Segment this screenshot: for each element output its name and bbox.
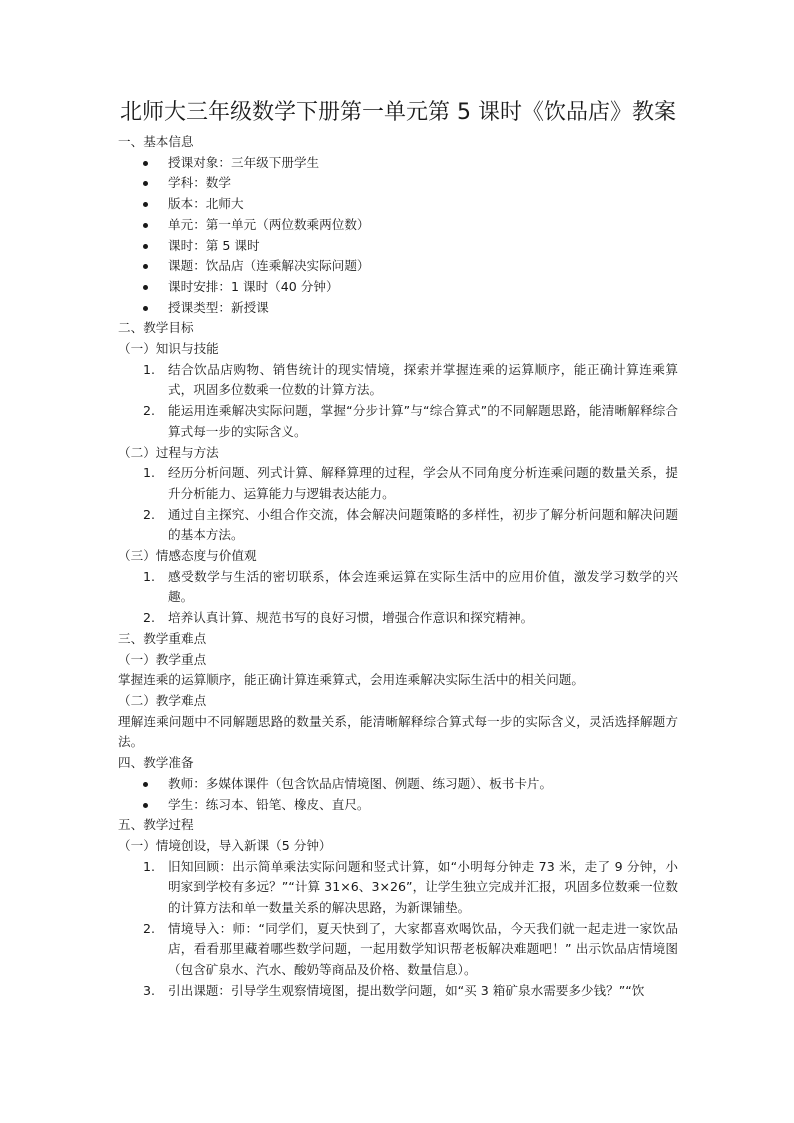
list-item: 授课对象：三年级下册学生	[118, 153, 678, 174]
list-item: 学科：数学	[118, 173, 678, 194]
section-heading-objectives: 二、教学目标	[118, 318, 678, 339]
list-item: 版本：北师大	[118, 194, 678, 215]
bullet-icon	[143, 782, 148, 787]
bullet-icon	[143, 223, 148, 228]
list-item: 1.结合饮品店购物、销售统计的现实情境，探索并掌握连乘的运算顺序，能正确计算连乘…	[118, 360, 678, 401]
bullet-icon	[143, 264, 148, 269]
bullet-icon	[143, 306, 148, 311]
list-item: 单元：第一单元（两位数乘两位数）	[118, 215, 678, 236]
document-page: 北师大三年级数学下册第一单元第 5 课时《饮品店》教案 一、基本信息 授课对象：…	[118, 96, 678, 1002]
knowledge-skills-list: 1.结合饮品店购物、销售统计的现实情境，探索并掌握连乘的运算顺序，能正确计算连乘…	[118, 360, 678, 443]
list-item: 学生：练习本、铅笔、橡皮、直尺。	[118, 795, 678, 816]
subheading-difficult-points: （二）教学难点	[118, 691, 678, 712]
list-item: 2.通过自主探究、小组合作交流，体会解决问题策略的多样性，初步了解分析问题和解决…	[118, 505, 678, 546]
list-item: 1.经历分析问题、列式计算、解释算理的过程，学会从不同角度分析连乘问题的数量关系…	[118, 463, 678, 504]
bullet-icon	[143, 202, 148, 207]
bullet-icon	[143, 285, 148, 290]
introduction-steps-list: 1.旧知回顾：出示简单乘法实际问题和竖式计算，如“小明每分钟走 73 米，走了 …	[118, 857, 678, 1002]
list-item: 教师：多媒体课件（包含饮品店情境图、例题、练习题）、板书卡片。	[118, 774, 678, 795]
bullet-icon	[143, 803, 148, 808]
attitude-values-list: 1.感受数学与生活的密切联系，体会连乘运算在实际生活中的应用价值，激发学习数学的…	[118, 567, 678, 629]
list-item: 2.情境导入：师：“同学们，夏天快到了，大家都喜欢喝饮品，今天我们就一起走进一家…	[118, 919, 678, 981]
page-title: 北师大三年级数学下册第一单元第 5 课时《饮品店》教案	[118, 96, 678, 130]
subheading-key-points: （一）教学重点	[118, 650, 678, 671]
list-item: 课时安排：1 课时（40 分钟）	[118, 277, 678, 298]
list-item: 课题：饮品店（连乘解决实际问题）	[118, 256, 678, 277]
section-heading-preparation: 四、教学准备	[118, 753, 678, 774]
subheading-attitude-values: （三）情感态度与价值观	[118, 546, 678, 567]
list-item: 课时：第 5 课时	[118, 236, 678, 257]
section-heading-basic-info: 一、基本信息	[118, 132, 678, 153]
preparation-list: 教师：多媒体课件（包含饮品店情境图、例题、练习题）、板书卡片。 学生：练习本、铅…	[118, 774, 678, 815]
section-heading-teaching-process: 五、教学过程	[118, 815, 678, 836]
list-item: 1.旧知回顾：出示简单乘法实际问题和竖式计算，如“小明每分钟走 73 米，走了 …	[118, 857, 678, 919]
basic-info-list: 授课对象：三年级下册学生 学科：数学 版本：北师大 单元：第一单元（两位数乘两位…	[118, 153, 678, 319]
bullet-icon	[143, 244, 148, 249]
subheading-process-methods: （二）过程与方法	[118, 443, 678, 464]
list-item: 1.感受数学与生活的密切联系，体会连乘运算在实际生活中的应用价值，激发学习数学的…	[118, 567, 678, 608]
list-item: 2.能运用连乘解决实际问题，掌握“分步计算”与“综合算式”的不同解题思路，能清晰…	[118, 401, 678, 442]
subheading-knowledge-skills: （一）知识与技能	[118, 339, 678, 360]
subheading-introduction: （一）情境创设，导入新课（5 分钟）	[118, 836, 678, 857]
bullet-icon	[143, 161, 148, 166]
list-item: 2.培养认真计算、规范书写的良好习惯，增强合作意识和探究精神。	[118, 608, 678, 629]
difficult-points-text: 理解连乘问题中不同解题思路的数量关系，能清晰解释综合算式每一步的实际含义，灵活选…	[118, 712, 678, 753]
list-item: 3.引出课题：引导学生观察情境图，提出数学问题，如“买 3 箱矿泉水需要多少钱？…	[118, 981, 678, 1002]
section-heading-key-difficult-points: 三、教学重难点	[118, 629, 678, 650]
process-methods-list: 1.经历分析问题、列式计算、解释算理的过程，学会从不同角度分析连乘问题的数量关系…	[118, 463, 678, 546]
bullet-icon	[143, 181, 148, 186]
list-item: 授课类型：新授课	[118, 298, 678, 319]
key-points-text: 掌握连乘的运算顺序，能正确计算连乘算式，会用连乘解决实际生活中的相关问题。	[118, 670, 678, 691]
